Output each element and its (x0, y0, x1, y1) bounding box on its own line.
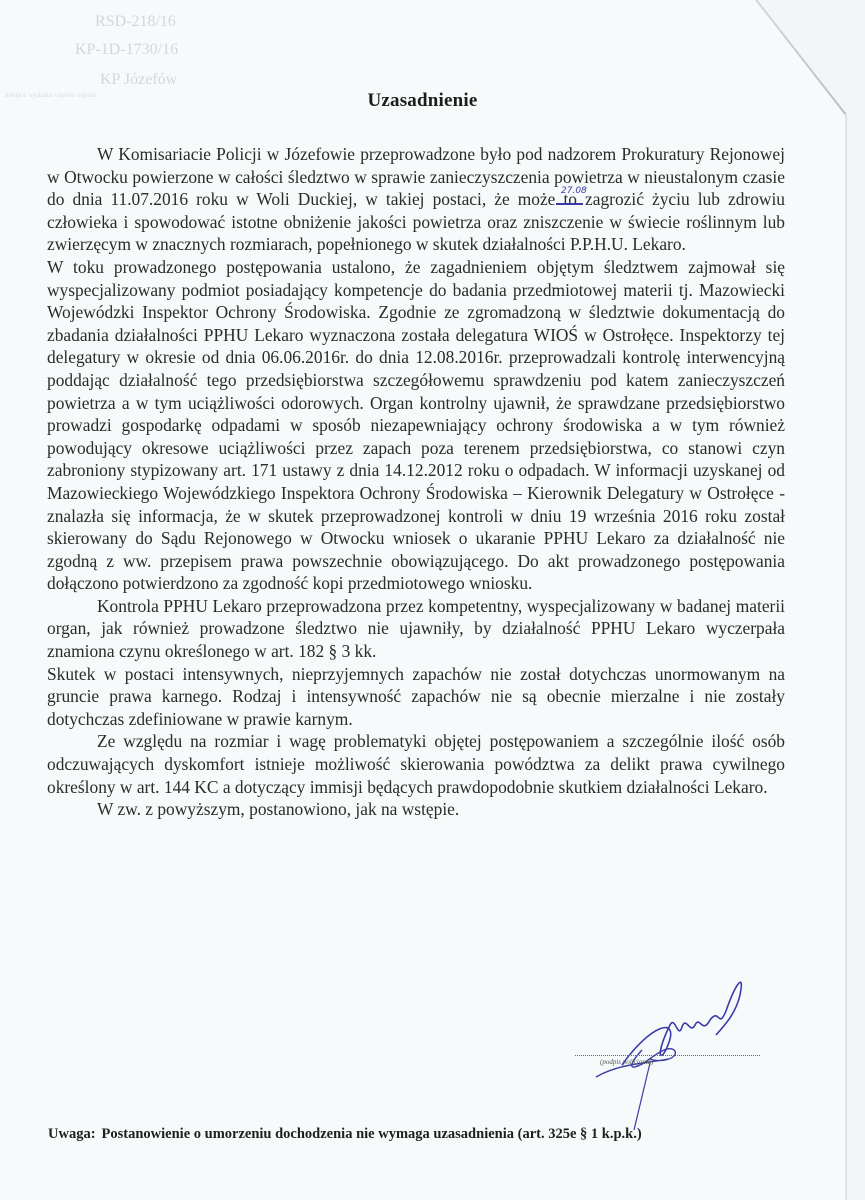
unit-name-stamp: KP Józefów (100, 72, 177, 88)
register-number-stamp: KP-1D-1730/16 (75, 42, 178, 58)
paragraph-findings: W toku prowadzonego postępowania ustalon… (47, 256, 785, 595)
date-strikethrough-mark (556, 203, 583, 205)
document-body: W Komisariacie Policji w Józefowie przep… (47, 143, 785, 821)
signature-block: (podpis policjanta) (560, 955, 800, 1130)
paragraph-control-result: Kontrola PPHU Lekaro przeprowadzona prze… (47, 595, 785, 663)
footer-note: Uwaga:Postanowienie o umorzeniu dochodze… (48, 1126, 642, 1143)
paragraph-investigation-intro: W Komisariacie Policji w Józefowie przep… (47, 143, 785, 256)
case-number-stamp: RSD-218/16 (95, 14, 176, 30)
signature-caption: (podpis policjanta) (600, 1058, 653, 1066)
handwritten-date-correction: 27.08 (561, 186, 587, 196)
footer-note-text: Postanowienie o umorzeniu dochodzenia ni… (102, 1126, 642, 1142)
page-right-edge (845, 115, 847, 1200)
document-title: Uzasadnienie (0, 90, 845, 112)
paragraph-odor-effect: Skutek w postaci intensywnych, nieprzyje… (47, 663, 785, 731)
signature-line (575, 1055, 760, 1056)
paragraph-civil-remedy: Ze względu na rozmiar i wagę problematyk… (47, 730, 785, 798)
footer-note-label: Uwaga: (48, 1126, 96, 1142)
document-page: RSD-218/16 KP-1D-1730/16 KP Józefów miej… (0, 0, 845, 1200)
handwritten-signature-icon (560, 955, 800, 1130)
paragraph-conclusion: W zw. z powyższym, postanowiono, jak na … (47, 798, 785, 821)
